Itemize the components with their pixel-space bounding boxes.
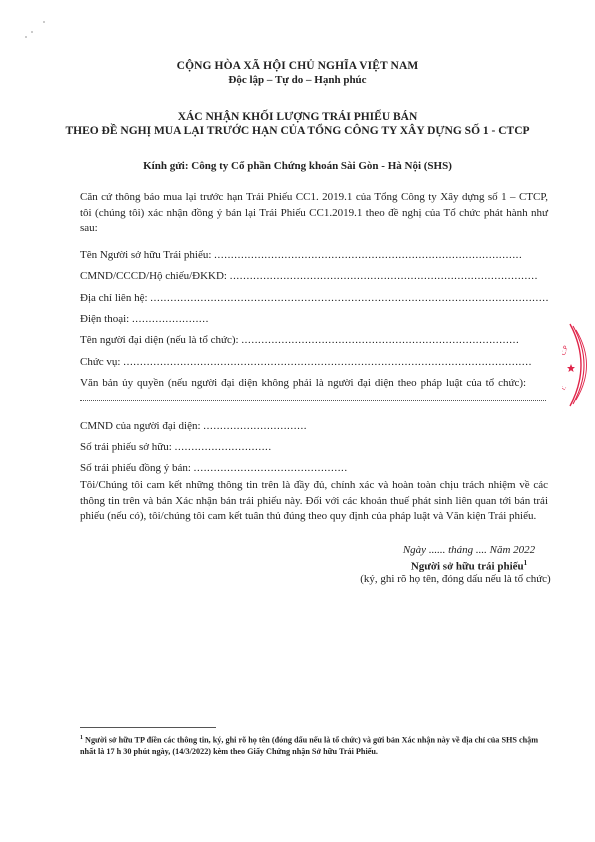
field-phone[interactable]: Điện thoại: .......................	[80, 313, 380, 325]
fill-in-dots: ........................................…	[123, 356, 532, 368]
footnote-divider	[80, 727, 216, 728]
signer-title: Người sở hữu trái phiếu1	[384, 559, 554, 573]
field-label: Số trái phiếu sở hữu:	[80, 441, 172, 453]
field-label: Địa chỉ liên hệ:	[80, 292, 148, 304]
fill-in-dots: ........................................…	[214, 249, 522, 261]
field-label: Văn bản ủy quyền (nếu người đại diện khô…	[80, 377, 526, 389]
national-motto: Độc lập – Tự do – Hạnh phúc	[0, 74, 595, 86]
fill-in-dots: ...............................	[203, 420, 307, 432]
field-bond-owner-name[interactable]: Tên Người sở hữu Trái phiếu: ...........…	[80, 249, 548, 261]
svg-text:C.P: C.P	[562, 345, 570, 357]
field-bonds-owned[interactable]: Số trái phiếu sở hữu: ..................…	[80, 441, 380, 453]
svg-text:T.: T.	[562, 385, 568, 394]
fill-in-dots: .......................	[132, 313, 209, 325]
field-label: Số trái phiếu đồng ý bán:	[80, 462, 191, 474]
scan-speck	[25, 36, 27, 38]
field-representative-id[interactable]: CMND của người đại diện: ...............…	[80, 420, 380, 432]
scan-speck	[31, 31, 33, 33]
field-label: Tên người đại diện (nếu là tổ chức):	[80, 334, 239, 346]
field-bonds-agreed-to-sell[interactable]: Số trái phiếu đồng ý bán: ..............…	[80, 462, 410, 474]
fill-in-dots: ........................................…	[230, 270, 538, 282]
signature-date: Ngày ...... tháng .... Năm 2022	[384, 544, 554, 556]
fill-in-dots: ........................................…	[150, 292, 548, 304]
field-label: CMND của người đại diện:	[80, 420, 201, 432]
field-representative-name[interactable]: Tên người đại diện (nếu là tổ chức): ...…	[80, 334, 548, 346]
document-title: XÁC NHẬN KHỐI LƯỢNG TRÁI PHIẾU BÁN	[0, 111, 595, 123]
field-label: Điện thoại:	[80, 313, 129, 325]
document-subtitle: THEO ĐỀ NGHỊ MUA LẠI TRƯỚC HẠN CỦA TỔNG …	[0, 125, 595, 137]
field-label: Tên Người sở hữu Trái phiếu:	[80, 249, 211, 261]
national-title: CỘNG HÒA XÃ HỘI CHỦ NGHĨA VIỆT NAM	[0, 60, 595, 72]
field-label: Chức vụ:	[80, 356, 121, 368]
signature-instruction: (ký, ghi rõ họ tên, đóng dấu nếu là tổ c…	[348, 573, 563, 585]
field-authorization-document-input[interactable]	[80, 400, 546, 401]
fill-in-dots: ........................................…	[241, 334, 519, 346]
scan-speck	[43, 21, 45, 23]
field-contact-address[interactable]: Địa chỉ liên hệ: .......................…	[80, 292, 548, 304]
field-id-number[interactable]: CMND/CCCD/Hộ chiếu/ĐKKD: ...............…	[80, 270, 548, 282]
fill-in-dots: .............................	[175, 441, 272, 453]
field-authorization-document-label: Văn bản ủy quyền (nếu người đại diện khô…	[80, 377, 550, 389]
recipient-line: Kính gửi: Công ty Cổ phần Chứng khoán Sà…	[0, 160, 595, 172]
red-seal-stamp-icon: C.P T.	[562, 322, 595, 408]
footnote-reference: 1	[524, 559, 528, 567]
intro-paragraph: Căn cứ thông báo mua lại trước hạn Trái …	[80, 190, 548, 237]
commitment-paragraph: Tôi/Chúng tôi cam kết những thông tin tr…	[80, 478, 548, 525]
field-position[interactable]: Chức vụ: ...............................…	[80, 356, 548, 368]
field-label: CMND/CCCD/Hộ chiếu/ĐKKD:	[80, 270, 227, 282]
fill-in-dots: ........................................…	[194, 462, 348, 474]
footnote: 1 Người sở hữu TP điền các thông tin, ký…	[80, 733, 555, 758]
